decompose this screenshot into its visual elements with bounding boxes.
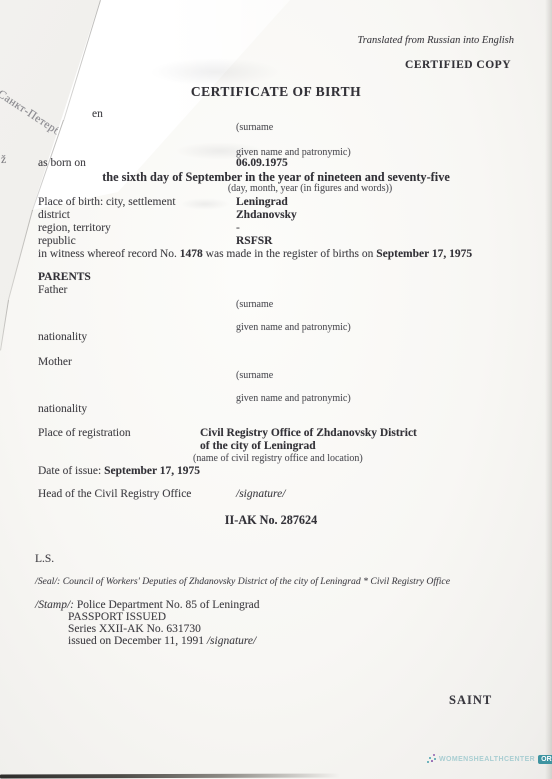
surname-hint-father: (surname [236, 299, 273, 310]
record-text: was made in the register of births on [203, 248, 376, 260]
ls-label: L.S. [35, 553, 54, 565]
mother-label: Mother [38, 356, 72, 368]
certificate-number: II-AK No. 287624 [0, 513, 542, 528]
watermark-text: WOMENSHEALTHCENTER [439, 756, 535, 763]
registration-value-line2: of the city of Leningrad [200, 440, 316, 452]
head-signature: /signature/ [236, 488, 285, 500]
father-nationality-label: nationality [38, 331, 87, 343]
birth-date-figures: 06.09.1975 [236, 157, 288, 169]
edge-mark: ž [1, 154, 6, 166]
date-of-issue-label: Date of issue: [38, 465, 104, 477]
date-of-issue-value: September 17, 1975 [104, 465, 200, 477]
stamp-text: issued on December 11, 1991 [68, 635, 207, 647]
scan-smudge [150, 58, 280, 86]
birthplace-district-label: district [38, 209, 70, 221]
seal-line: /Seal/: Council of Workers' Deputies of … [35, 576, 450, 587]
parents-heading: PARENTS [38, 271, 91, 283]
date-format-hint: (day, month, year (in figures and words)… [190, 183, 430, 194]
record-text: in witness whereof record No. [38, 248, 180, 260]
birthplace-city-label: Place of birth: city, settlement [38, 196, 176, 208]
stamp-text: Police Department No. 85 of Leningrad [74, 599, 260, 611]
birthplace-region-value: - [236, 222, 240, 234]
saint-word: SAINT [449, 693, 492, 708]
given-name-hint-father: given name and patronymic) [236, 322, 351, 333]
birthplace-district-value: Zhdanovsky [236, 209, 297, 221]
translated-note: Translated from Russian into English [357, 35, 514, 46]
stamp-line3: Series XXII-AK No. 631730 [68, 623, 201, 635]
given-name-hint-mother: given name and patronymic) [236, 393, 351, 404]
surname-hint-mother: (surname [236, 370, 273, 381]
birthplace-republic-label: republic [38, 235, 76, 247]
sparkle-icon [427, 754, 436, 764]
registry-head-label: Head of the Civil Registry Office [38, 488, 191, 500]
stamp-line2: PASSPORT ISSUED [68, 611, 166, 623]
father-label: Father [38, 284, 67, 296]
scan-smudge [180, 198, 230, 210]
certified-copy-label: CERTIFIED COPY [405, 59, 511, 71]
registration-value-line1: Civil Registry Office of Zhdanovsky Dist… [200, 427, 417, 439]
partial-word: en [92, 108, 103, 120]
record-number: 1478 [180, 248, 203, 260]
stamp-line4: issued on December 11, 1991 /signature/ [68, 635, 256, 647]
stamp-line1: /Stamp/: Police Department No. 85 of Len… [35, 599, 260, 611]
birthplace-city-value: Leningrad [236, 196, 288, 208]
registry-hint: (name of civil registry office and locat… [193, 453, 363, 464]
birthplace-region-label: region, territory [38, 222, 111, 234]
surname-hint-child: (surname [236, 122, 273, 133]
stamp-signature: /signature/ [207, 635, 256, 647]
date-of-issue: Date of issue: September 17, 1975 [38, 465, 200, 477]
page-right-edge [545, 0, 552, 779]
watermark-badge: ORG [538, 755, 552, 764]
record-statement: in witness whereof record No. 1478 was m… [38, 248, 472, 260]
document-page: Санкт-Петербур ž Translated from Russian… [0, 0, 552, 779]
record-date: September 17, 1975 [376, 248, 472, 260]
birthplace-republic-value: RSFSR [236, 235, 272, 247]
mother-nationality-label: nationality [38, 403, 87, 415]
registration-label: Place of registration [38, 427, 131, 439]
stamp-label: /Stamp/: [35, 599, 74, 611]
site-watermark: WOMENSHEALTHCENTER ORG [427, 754, 552, 764]
born-on-label: as born on [38, 157, 86, 169]
document-title: CERTIFICATE OF BIRTH [0, 84, 552, 100]
